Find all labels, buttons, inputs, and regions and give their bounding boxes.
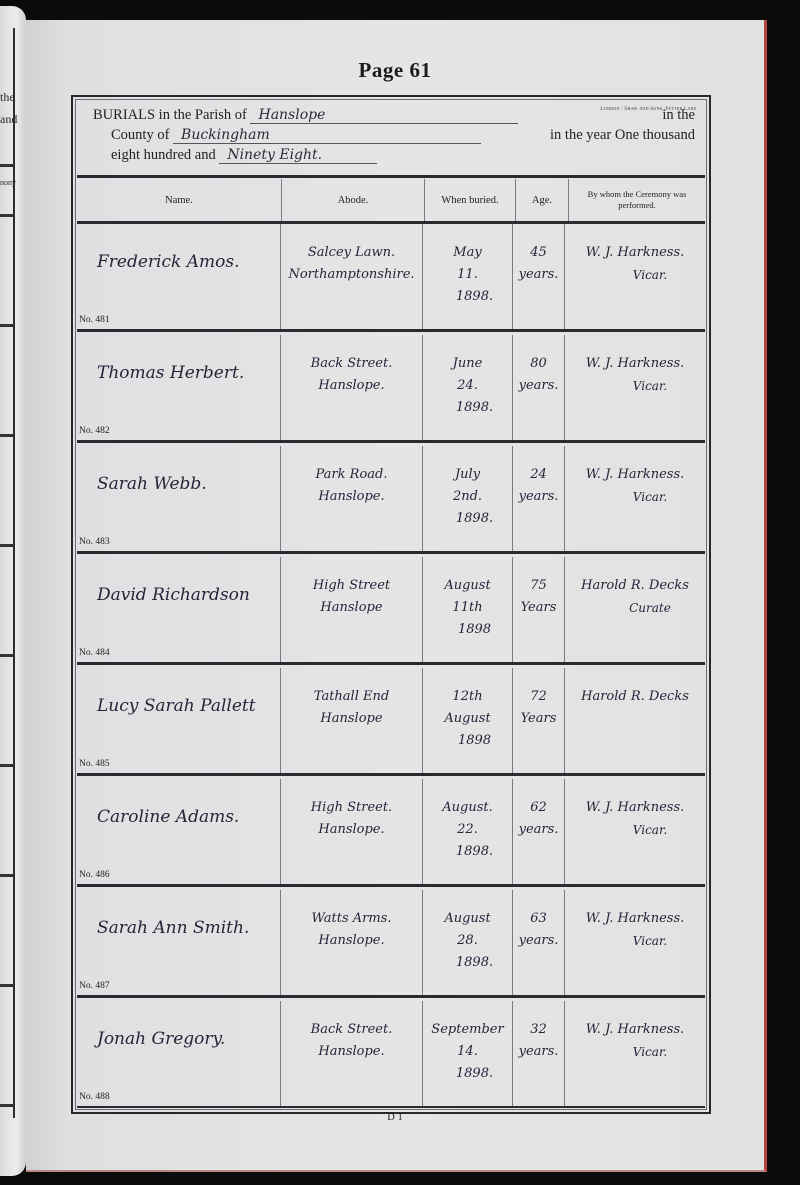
parish-field: Hanslope: [250, 107, 518, 124]
entry-officiant: W. J. Harkness.: [586, 908, 685, 930]
neighbour-fragment: nony: [0, 178, 16, 187]
entry-name: Jonah Gregory.: [97, 1029, 225, 1049]
entry-when-month: July: [455, 464, 480, 486]
burial-entry: Jonah Gregory.No. 488 Back Street.Hanslo…: [77, 1001, 705, 1108]
entry-abode-line1: Watts Arms.: [312, 908, 392, 930]
entry-age: 32: [530, 1019, 547, 1041]
entry-when-year: 1898.: [456, 286, 493, 308]
entry-officiant-title: Vicar.: [633, 264, 667, 286]
column-header-age: Age.: [516, 179, 569, 221]
heading-line1-prefix: BURIALS in the Parish of: [93, 107, 247, 123]
neighbouring-page-edge: the and nony: [0, 6, 26, 1176]
neighbour-fragment: and: [0, 112, 17, 127]
neighbour-rule: [0, 434, 14, 437]
entry-when-month: August.: [442, 797, 492, 819]
entry-number: No. 482: [79, 426, 110, 436]
entry-name: Sarah Ann Smith.: [97, 918, 249, 938]
entry-abode-line2: Hanslope.: [318, 375, 384, 397]
neighbouring-page-frame: [0, 28, 15, 1118]
entry-age-unit: years.: [519, 486, 559, 508]
entry-number: No. 486: [79, 870, 110, 880]
entry-name: Thomas Herbert.: [97, 363, 244, 383]
entry-number: No. 481: [79, 315, 110, 325]
column-header-officiant: By whom the Ceremony was performed.: [569, 179, 705, 221]
entry-officiant-title: Vicar.: [633, 930, 667, 952]
heading-rule: [77, 175, 705, 178]
entry-when-month: September: [431, 1019, 503, 1041]
entry-officiant: Harold R. Decks: [581, 575, 689, 597]
neighbour-rule: [0, 984, 14, 987]
entry-officiant-title: Curate: [629, 597, 671, 619]
column-header-abode: Abode.: [282, 179, 425, 221]
column-header-name: Name.: [77, 179, 282, 221]
entry-name: Caroline Adams.: [97, 807, 239, 827]
year-field: Ninety Eight.: [219, 147, 377, 164]
entry-when-month: May: [453, 242, 481, 264]
entry-when-year: 1898.: [456, 841, 493, 863]
entry-abode-line2: Hanslope.: [318, 930, 384, 952]
entry-abode-line1: Park Road.: [316, 464, 388, 486]
entry-when-day: 24.: [457, 375, 478, 397]
entry-abode-line2: Hanslope.: [318, 1041, 384, 1063]
entry-name: David Richardson: [97, 585, 250, 605]
entry-when-day: 22.: [457, 819, 478, 841]
entry-when-day: 2nd.: [453, 486, 482, 508]
entry-abode-line1: Back Street.: [311, 353, 393, 375]
entry-when-month: August: [444, 575, 490, 597]
entry-when-day: 14.: [457, 1041, 478, 1063]
entry-name: Sarah Webb.: [97, 474, 207, 494]
burial-entry: Sarah Ann Smith.No. 487 Watts Arms.Hansl…: [77, 890, 705, 998]
entry-officiant-title: Vicar.: [633, 486, 667, 508]
neighbour-rule: [0, 544, 14, 547]
entry-when-year: 1898.: [456, 508, 493, 530]
entry-when-month: August: [444, 708, 490, 730]
entry-age: 24: [530, 464, 547, 486]
burial-entry: Thomas Herbert.No. 482 Back Street.Hansl…: [77, 335, 705, 443]
entry-when-year: 1898: [458, 730, 491, 752]
entry-age: 75: [530, 575, 547, 597]
page-number: Page 61: [26, 58, 764, 83]
burial-entry: Sarah Webb.No. 483 Park Road.Hanslope. J…: [77, 446, 705, 554]
entry-age: 63: [530, 908, 547, 930]
heading-line2-suffix: in the year One thousand: [550, 127, 695, 144]
neighbour-rule: [0, 874, 14, 877]
entry-age-unit: years.: [519, 375, 559, 397]
entry-officiant: W. J. Harkness.: [586, 1019, 685, 1041]
neighbour-fragment: the: [0, 90, 15, 105]
entry-when-day: 28.: [457, 930, 478, 952]
entry-abode-line1: Tathall End: [314, 686, 389, 708]
entry-age-unit: Years: [521, 597, 557, 619]
entry-name: Frederick Amos.: [97, 252, 239, 272]
entry-name: Lucy Sarah Pallett: [97, 696, 256, 716]
burial-entry: Caroline Adams.No. 486 High Street.Hansl…: [77, 779, 705, 887]
county-field: Buckingham: [173, 127, 481, 144]
entry-age: 45: [530, 242, 547, 264]
register-heading: BURIALS in the Parish of Hanslope in the…: [73, 97, 709, 175]
entry-officiant: W. J. Harkness.: [586, 353, 685, 375]
entry-abode-line2: Northamptonshire.: [288, 264, 414, 286]
entry-age: 72: [530, 686, 547, 708]
entry-when-day: 11.: [457, 264, 478, 286]
entry-officiant: W. J. Harkness.: [586, 464, 685, 486]
entry-abode-line2: Hanslope.: [318, 819, 384, 841]
entry-number: No. 488: [79, 1092, 110, 1102]
entry-when-year: 1898.: [456, 397, 493, 419]
neighbour-rule: [0, 764, 14, 767]
entry-abode-line2: Hanslope: [320, 708, 382, 730]
burial-register-table: BURIALS in the Parish of Hanslope in the…: [71, 95, 711, 1114]
burial-entry: David RichardsonNo. 484 High StreetHansl…: [77, 557, 705, 665]
entry-number: No. 484: [79, 648, 110, 658]
entry-age-unit: years.: [519, 930, 559, 952]
entry-officiant: W. J. Harkness.: [586, 797, 685, 819]
entry-officiant-title: Vicar.: [633, 375, 667, 397]
neighbour-rule: [0, 1104, 14, 1107]
entry-age-unit: years.: [519, 264, 559, 286]
neighbour-rule: [0, 324, 14, 327]
entry-when-month: August: [444, 908, 490, 930]
burial-entries: Frederick Amos.No. 481 Salcey Lawn.North…: [77, 224, 705, 1111]
entry-abode-line1: High Street.: [311, 797, 392, 819]
entry-when-day: 12th: [452, 686, 482, 708]
entry-abode-line1: High Street: [313, 575, 390, 597]
column-header-when-buried: When buried.: [425, 179, 516, 221]
entry-abode-line1: Salcey Lawn.: [308, 242, 395, 264]
entry-age-unit: Years: [521, 708, 557, 730]
entry-officiant: Harold R. Decks: [581, 686, 689, 708]
neighbour-rule: [0, 654, 14, 657]
entry-number: No. 487: [79, 981, 110, 991]
entry-abode-line2: Hanslope: [320, 597, 382, 619]
entry-number: No. 485: [79, 759, 110, 769]
column-headers: Name. Abode. When buried. Age. By whom t…: [77, 179, 705, 221]
neighbour-rule: [0, 164, 14, 167]
entry-age-unit: years.: [519, 819, 559, 841]
neighbour-rule: [0, 214, 14, 217]
entry-age: 80: [530, 353, 547, 375]
entry-officiant-title: Vicar.: [633, 819, 667, 841]
entry-officiant-title: Vicar.: [633, 1041, 667, 1063]
entry-when-month: June: [453, 353, 483, 375]
entry-officiant: W. J. Harkness.: [586, 242, 685, 264]
entry-number: No. 483: [79, 537, 110, 547]
entry-abode-line2: Hanslope.: [318, 486, 384, 508]
entry-when-year: 1898: [458, 619, 491, 641]
entry-when-year: 1898.: [456, 952, 493, 974]
entry-when-year: 1898.: [456, 1063, 493, 1085]
entry-age-unit: years.: [519, 1041, 559, 1063]
heading-line3-prefix: eight hundred and: [111, 147, 216, 163]
burial-entry: Lucy Sarah PallettNo. 485 Tathall EndHan…: [77, 668, 705, 776]
register-page: Page 61 London : Shaw and Sons, Fetter L…: [26, 20, 767, 1172]
burial-entry: Frederick Amos.No. 481 Salcey Lawn.North…: [77, 224, 705, 332]
entry-age: 62: [530, 797, 547, 819]
heading-line2-prefix: County of: [111, 127, 169, 143]
heading-line1-suffix: in the: [662, 107, 695, 124]
signature-mark: D 1: [26, 1112, 764, 1123]
entry-abode-line1: Back Street.: [311, 1019, 393, 1041]
entry-when-day: 11th: [452, 597, 482, 619]
